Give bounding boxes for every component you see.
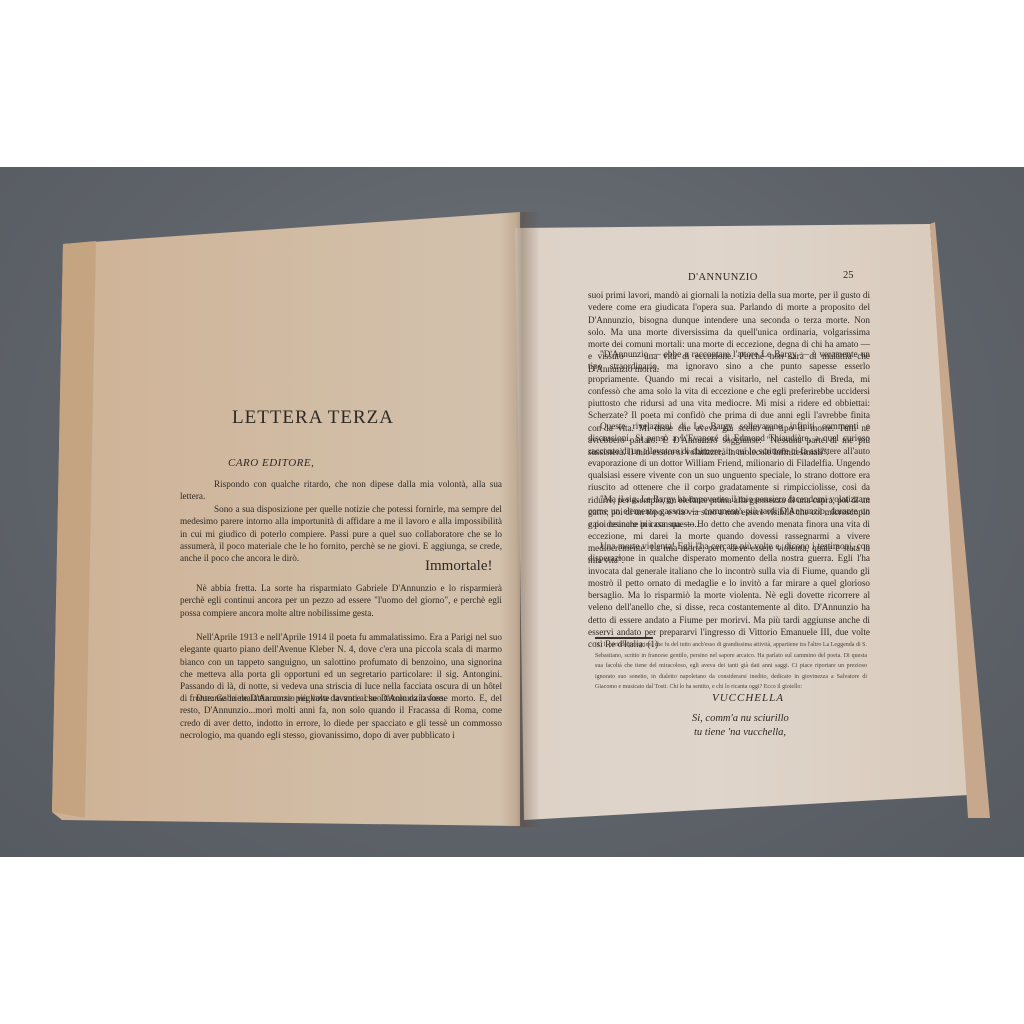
page-number: 25 [843,270,854,281]
running-head: D'ANNUNZIO [688,272,758,283]
section-heading: Immortale! [425,558,492,575]
poem-line: Si, comm'a nu sciurillo [692,712,789,726]
body-paragraph-1: Nè abbia fretta. La sorte ha risparmiato… [180,582,502,619]
body-paragraph-3: Durante la malattia corse più volte la v… [180,692,502,741]
intro-paragraph-1: Rispondo con qualche ritardo, che non di… [180,478,502,503]
right-paragraph-5: Una morte violenta! Egli l'ha cercata pi… [588,540,870,651]
poem-lines: Si, comm'a nu sciurillo tu tiene 'na vuc… [692,712,789,740]
book-gutter [500,212,540,827]
chapter-title: LETTERA TERZA [232,407,394,429]
footnote: (1) Il periodo peregrino, che fu del tut… [595,640,867,693]
footnote-rule [595,637,653,639]
intro-paragraph-2: Sono a sua disposizione per quelle notiz… [180,503,502,564]
poem-line: tu tiene 'na vucchella, [692,726,789,740]
poem-title: VUCCHELLA [712,692,784,704]
salutation: CARO EDITORE, [228,457,314,469]
